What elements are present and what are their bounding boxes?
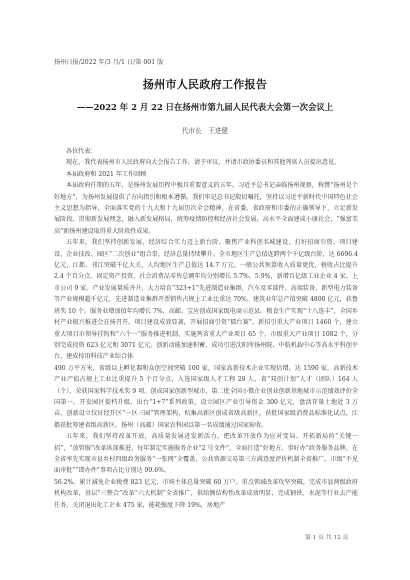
report-author: 代市长 王进健 [0,125,410,135]
newspaper-source-line: 扬州日报/2022 年/3 月/1 日/第 001 版 [54,57,163,66]
salutation: 各位代表： [54,146,358,157]
document-page: 扬州日报/2022 年/3 月/1 日/第 001 版 扬州市人民政府工作报告 … [0,0,410,580]
paragraph: 本届政府任期的五年，是扬州发展历程中极具重要意义的五年。习近平总书记亲临扬州视察… [54,180,358,237]
paragraph: 现在，我代表扬州市人民政府向大会报告工作，请予审议，并请市政协委员和其他列席人员… [54,157,358,168]
paragraph: 五年来，我们坚持改革开放，高质量发展迸发新活力。把改革开放作为应对变局、开拓新局… [54,431,358,477]
report-title: 扬州市人民政府工作报告 [0,76,410,92]
section-heading: 本届政府和 2021 年工作回顾 [54,169,358,180]
paragraph: 56.2%。累计减免企业税费 823 亿元，市场主体总量突破 60 万户。重点领… [54,477,358,511]
paragraph: 五年来，我们坚持创新发展，经济综合实力迈上新台阶。聚焦产业科创名城建设，打好招商… [54,237,358,362]
report-subtitle: ——2022 年 2 月 22 日在扬州市第九届人民代表大会第一次会议上 [0,101,410,113]
paragraph: 490 万平方米，省级以上孵化器和众创空间突破 100 家，国家高新技术企业实现… [54,363,358,431]
page-number: 第 1 页 共 12 页 [305,532,348,541]
report-body: 各位代表： 现在，我代表扬州市人民政府向大会报告工作，请予审议，并请市政协委员和… [54,146,358,511]
